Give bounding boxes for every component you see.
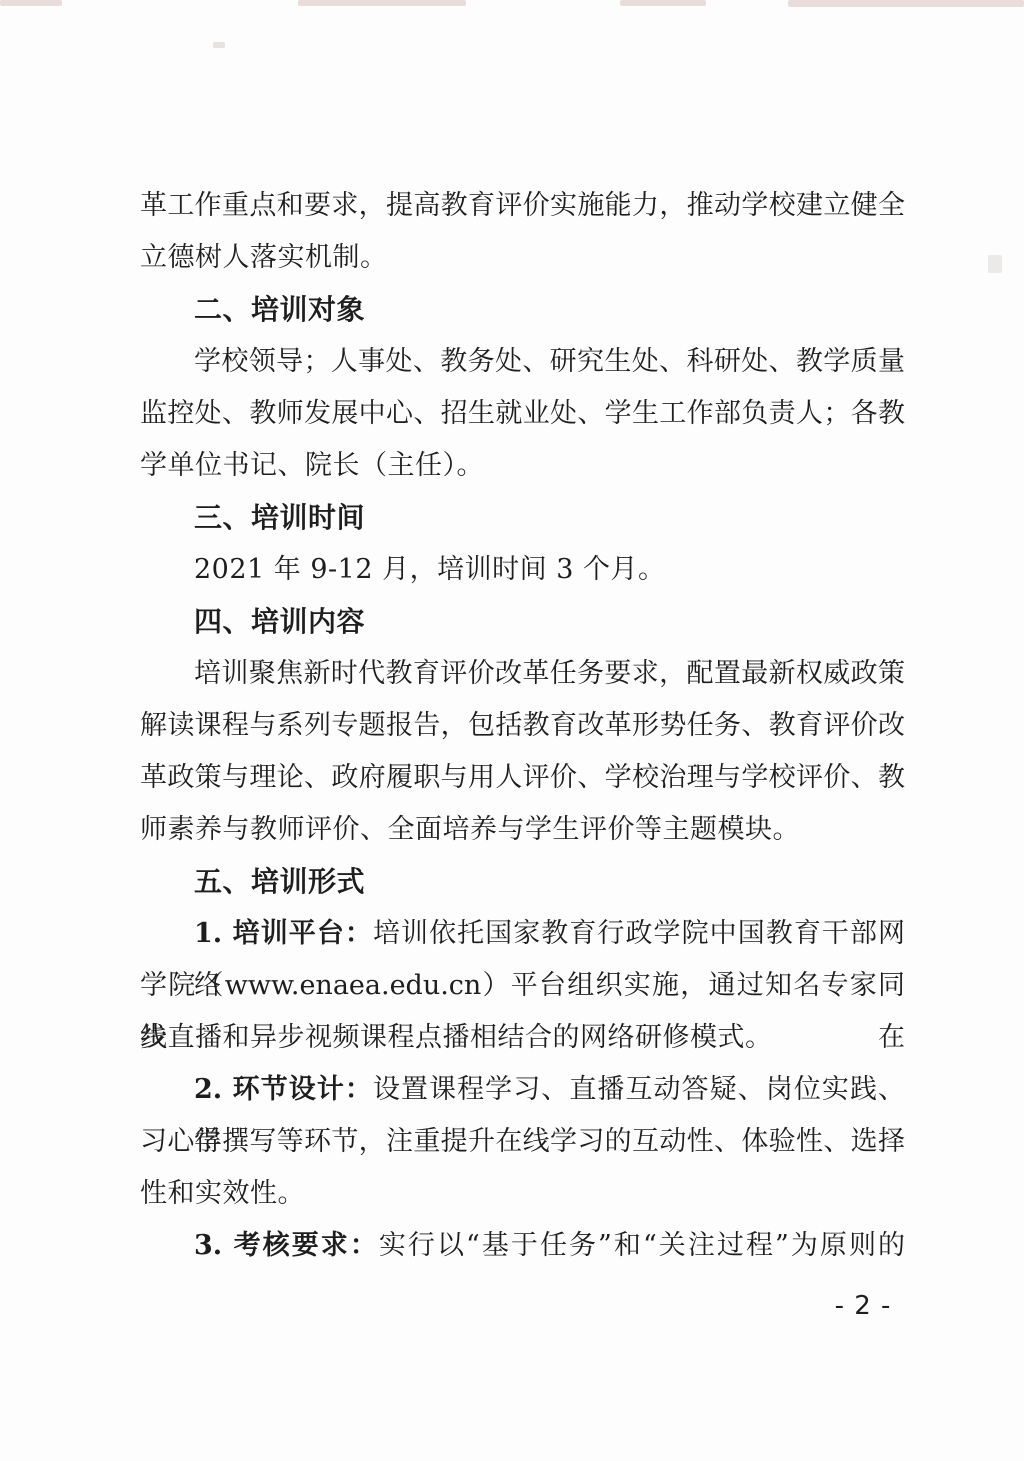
heading-training-target: 二、培训对象 <box>140 284 905 336</box>
heading-text: 四、培训内容 <box>194 605 365 638</box>
line-text: 2021 年 9-12 月，培训时间 3 个月。 <box>194 554 665 585</box>
para-platform-line: 1. 培训平台：培训依托国家教育行政学院中国教育干部网络 <box>140 908 905 960</box>
line-text: 解读课程与系列专题报告，包括教育改革形势任务、教育评价改 <box>140 710 905 741</box>
heading-training-format: 五、培训形式 <box>140 856 905 908</box>
para-target-line: 学单位书记、院长（主任）。 <box>140 440 905 492</box>
para-goal-line: 革工作重点和要求，提高教育评价实施能力，推动学校建立健全 <box>140 180 905 232</box>
heading-text: 二、培训对象 <box>194 293 365 326</box>
line-text: 学单位书记、院长（主任）。 <box>140 450 484 481</box>
heading-training-content: 四、培训内容 <box>140 596 905 648</box>
para-session-line: 性和实效性。 <box>140 1168 905 1220</box>
line-text: 性和实效性。 <box>140 1178 305 1209</box>
para-session-line: 2. 环节设计：设置课程学习、直播互动答疑、岗位实践、学 <box>140 1064 905 1116</box>
label-training-platform: 1. 培训平台： <box>194 918 373 949</box>
document-page: 革工作重点和要求，提高教育评价实施能力，推动学校建立健全 立德树人落实机制。 二… <box>0 0 1024 1461</box>
para-session-line: 习心得撰写等环节，注重提升在线学习的互动性、体验性、选择 <box>140 1116 905 1168</box>
scan-artifact-top <box>0 0 62 6</box>
line-text: 习心得撰写等环节，注重提升在线学习的互动性、体验性、选择 <box>140 1126 905 1157</box>
para-target-line: 学校领导；人事处、教务处、研究生处、科研处、教学质量 <box>140 336 905 388</box>
para-content-line: 培训聚焦新时代教育评价改革任务要求，配置最新权威政策 <box>140 648 905 700</box>
heading-training-time: 三、培训时间 <box>140 492 905 544</box>
scan-artifact-speck <box>988 255 1002 273</box>
scan-artifact-speck <box>213 42 225 48</box>
text-block: 革工作重点和要求，提高教育评价实施能力，推动学校建立健全 立德树人落实机制。 二… <box>140 180 905 1272</box>
scan-artifact-top <box>788 0 1024 7</box>
scan-artifact-top <box>298 0 466 6</box>
label-session-design: 2. 环节设计： <box>194 1074 373 1105</box>
line-text: 监控处、教师发展中心、招生就业处、学生工作部负责人；各教 <box>140 398 905 429</box>
para-time-line: 2021 年 9-12 月，培训时间 3 个月。 <box>140 544 905 596</box>
line-text: 革政策与理论、政府履职与用人评价、学校治理与学校评价、教 <box>140 762 905 793</box>
line-text: 师素养与教师评价、全面培养与学生评价等主题模块。 <box>140 814 800 845</box>
line-text: 线直播和异步视频课程点播相结合的网络研修模式。 <box>140 1022 773 1053</box>
heading-text: 五、培训形式 <box>194 865 365 898</box>
line-text: 学校领导；人事处、教务处、研究生处、科研处、教学质量 <box>194 346 905 377</box>
para-assessment-line: 3. 考核要求：实行以“基于任务”和“关注过程”为原则的 <box>140 1220 905 1272</box>
line-text: 实行以“基于任务”和“关注过程”为原则的 <box>379 1230 905 1261</box>
para-content-line: 解读课程与系列专题报告，包括教育改革形势任务、教育评价改 <box>140 700 905 752</box>
label-assessment-requirements: 3. 考核要求： <box>194 1230 379 1261</box>
para-content-line: 革政策与理论、政府履职与用人评价、学校治理与学校评价、教 <box>140 752 905 804</box>
heading-text: 三、培训时间 <box>194 501 365 534</box>
page-number: - 2 - <box>818 1288 908 1324</box>
para-target-line: 监控处、教师发展中心、招生就业处、学生工作部负责人；各教 <box>140 388 905 440</box>
para-goal-line: 立德树人落实机制。 <box>140 232 905 284</box>
line-text: 培训聚焦新时代教育评价改革任务要求，配置最新权威政策 <box>194 658 905 689</box>
line-text: 革工作重点和要求，提高教育评价实施能力，推动学校建立健全 <box>140 190 905 221</box>
para-content-line: 师素养与教师评价、全面培养与学生评价等主题模块。 <box>140 804 905 856</box>
scan-artifact-top <box>620 0 706 6</box>
line-text: 立德树人落实机制。 <box>140 242 388 273</box>
para-platform-line: 学院（www.enaea.edu.cn）平台组织实施，通过知名专家同步在 <box>140 960 905 1012</box>
